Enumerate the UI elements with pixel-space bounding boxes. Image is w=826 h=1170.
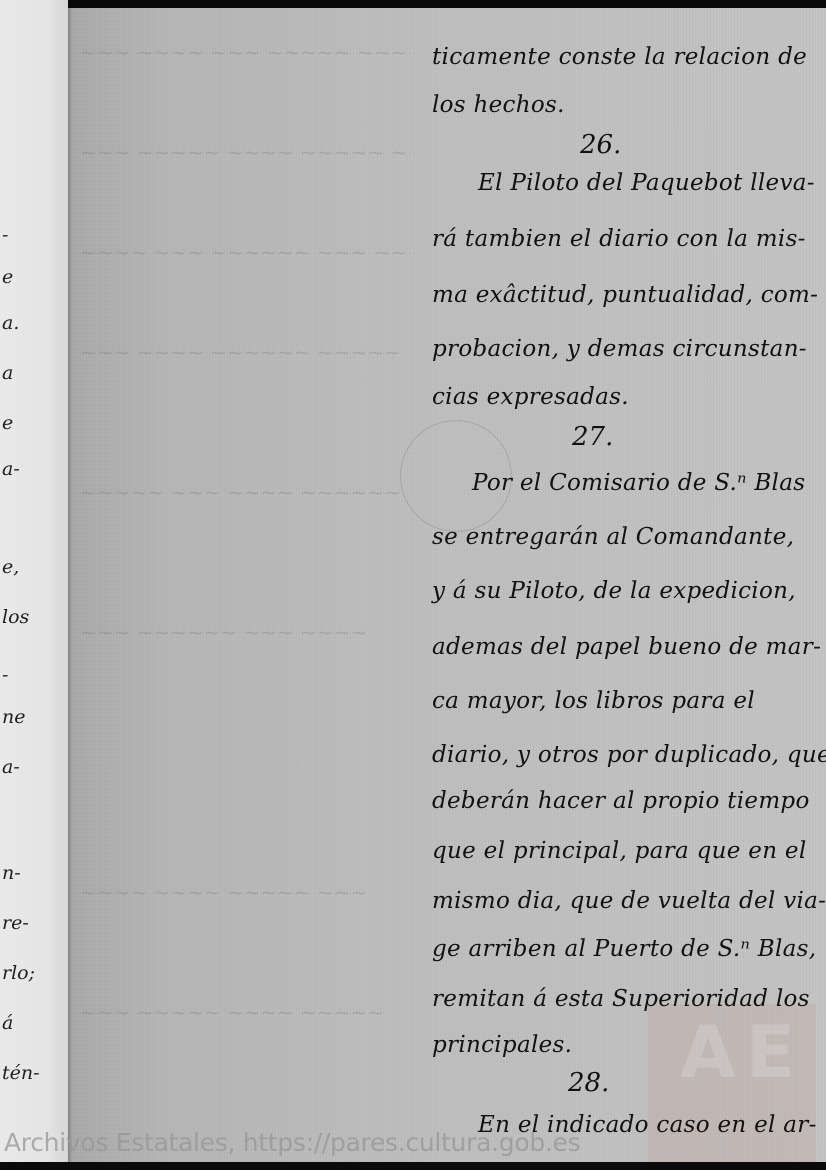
leaf-fragment: e xyxy=(2,266,13,288)
text-line: ma exâctitud, puntualidad, com- xyxy=(432,282,818,308)
archive-credit-watermark: Archivos Estatales, https://pares.cultur… xyxy=(4,1128,580,1157)
leaf-fragment: a- xyxy=(2,458,20,480)
bleed-through-text: ~~~~~ ~~~ ~~~~ ~~~~~~ xyxy=(80,480,410,504)
text-line: El Piloto del Paquebot lleva- xyxy=(478,170,815,196)
text-line: ademas del papel bueno de mar- xyxy=(432,634,821,660)
text-line: y á su Piloto, de la expedicion, xyxy=(432,578,796,604)
leaf-fragment: ne xyxy=(2,706,25,728)
leaf-fragment: los xyxy=(2,606,29,628)
text-line: cias expresadas. xyxy=(432,384,629,410)
text-line: principales. xyxy=(432,1032,572,1058)
text-line: se entregarán al Comandante, xyxy=(432,524,794,550)
text-line: rá tambien el diario con la mis- xyxy=(432,226,806,252)
bleed-through-text: ~~~~ ~~~ ~~~~~~ ~~~ ~~~~ xyxy=(80,240,410,264)
text-line: los hechos. xyxy=(432,92,565,118)
text-line: probacion, y demas circunstan- xyxy=(432,336,807,362)
text-line: Por el Comisario de S.ⁿ Blas xyxy=(472,470,805,496)
scan-top-border xyxy=(68,0,826,8)
leaf-fragment: a- xyxy=(2,756,20,778)
text-line: ca mayor, los libros para el xyxy=(432,688,755,714)
archive-stamp-glyph: AE xyxy=(680,1010,805,1094)
leaf-fragment: e, xyxy=(2,556,19,578)
leaf-fragment: á xyxy=(2,1012,13,1034)
leaf-fragment: a. xyxy=(2,312,19,334)
leaf-fragment: e xyxy=(2,412,13,434)
adjacent-page-edge: - e a. a e a- e, los - ne a- n- re- rlo;… xyxy=(0,0,68,1162)
bleed-through-text: ~~~ ~~~~ ~~~~~~ ~~~~~ xyxy=(80,340,410,364)
text-line: remitan á esta Superioridad los xyxy=(432,986,810,1012)
bleed-through-text: ~~~ ~~~~ ~~~ ~~~~~ ~~~~~ ~~~ xyxy=(80,40,410,64)
text-line: que el principal, para que en el xyxy=(432,838,807,864)
bleed-through-text: ~~~ ~~~~~ ~~~~ ~~~~~ xyxy=(80,1000,410,1024)
text-line: diario, y otros por duplicado, que xyxy=(432,742,826,768)
scan-bottom-border xyxy=(0,1162,826,1170)
section-number-28: 28. xyxy=(568,1068,609,1098)
text-line: mismo dia, que de vuelta del via- xyxy=(432,888,826,914)
leaf-fragment: - xyxy=(2,664,8,686)
bleed-through-text: ~~~~ ~~~~ ~~~~~ ~~~ xyxy=(80,880,410,904)
text-line: deberán hacer al propio tiempo xyxy=(432,788,810,814)
bleed-through-text: ~~~ ~~~~~~ ~~~ ~~~~ xyxy=(80,620,410,644)
leaf-fragment: - xyxy=(2,224,8,246)
leaf-fragment: rlo; xyxy=(2,962,35,984)
leaf-fragment: re- xyxy=(2,912,29,934)
section-number-27: 27. xyxy=(572,422,613,452)
section-number-26: 26. xyxy=(580,130,621,160)
leaf-fragment: tén- xyxy=(2,1062,40,1084)
text-line: ticamente conste la relacion de xyxy=(432,44,807,70)
leaf-fragment: a xyxy=(2,362,13,384)
bleed-through-text: ~~~ ~~~~~ ~~~~ ~~~~~ ~~ xyxy=(80,140,410,164)
leaf-fragment: n- xyxy=(2,862,21,884)
text-line: ge arriben al Puerto de S.ⁿ Blas, xyxy=(432,936,816,962)
